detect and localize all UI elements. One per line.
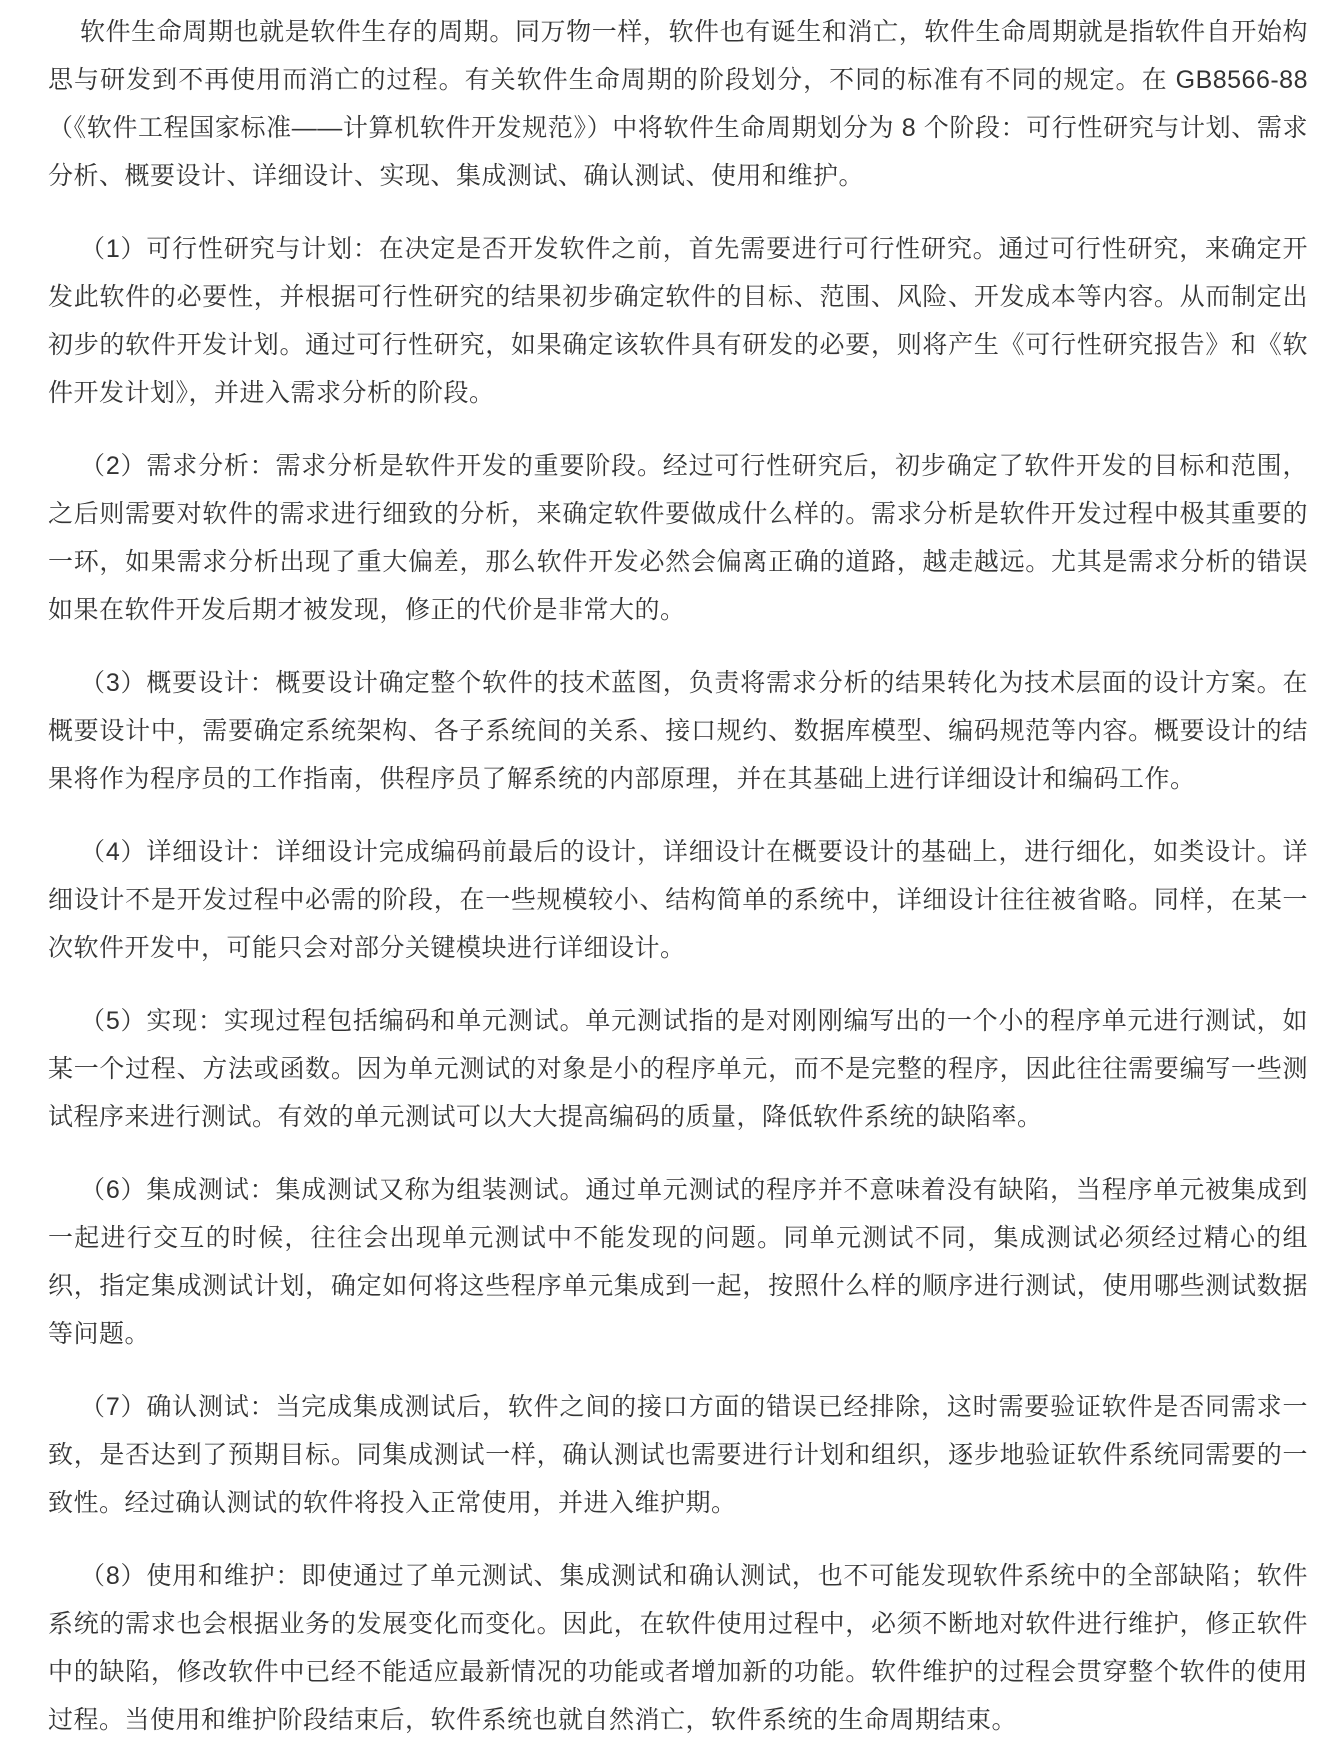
paragraph-stage-8-use-and-maintenance: （8）使用和维护：即使通过了单元测试、集成测试和确认测试，也不可能发现软件系统中… bbox=[48, 1552, 1308, 1744]
paragraph-stage-6-integration-testing: （6）集成测试：集成测试又称为组装测试。通过单元测试的程序并不意味着没有缺陷，当… bbox=[48, 1166, 1308, 1358]
paragraph-stage-5-implementation: （5）实现：实现过程包括编码和单元测试。单元测试指的是对刚刚编写出的一个小的程序… bbox=[48, 997, 1308, 1141]
paragraph-stage-2-requirements: （2）需求分析：需求分析是软件开发的重要阶段。经过可行性研究后，初步确定了软件开… bbox=[48, 442, 1308, 634]
paragraph-stage-1-feasibility: （1）可行性研究与计划：在决定是否开发软件之前，首先需要进行可行性研究。通过可行… bbox=[48, 225, 1308, 417]
intro-paragraph: 软件生命周期也就是软件生存的周期。同万物一样，软件也有诞生和消亡，软件生命周期就… bbox=[48, 8, 1308, 200]
article-body: 软件生命周期也就是软件生存的周期。同万物一样，软件也有诞生和消亡，软件生命周期就… bbox=[0, 0, 1342, 1764]
paragraph-stage-7-acceptance-testing: （7）确认测试：当完成集成测试后，软件之间的接口方面的错误已经排除，这时需要验证… bbox=[48, 1383, 1308, 1527]
paragraph-stage-4-detailed-design: （4）详细设计：详细设计完成编码前最后的设计，详细设计在概要设计的基础上，进行细… bbox=[48, 828, 1308, 972]
page: 软件生命周期也就是软件生存的周期。同万物一样，软件也有诞生和消亡，软件生命周期就… bbox=[0, 0, 1342, 1764]
paragraph-stage-3-high-level-design: （3）概要设计：概要设计确定整个软件的技术蓝图，负责将需求分析的结果转化为技术层… bbox=[48, 659, 1308, 803]
